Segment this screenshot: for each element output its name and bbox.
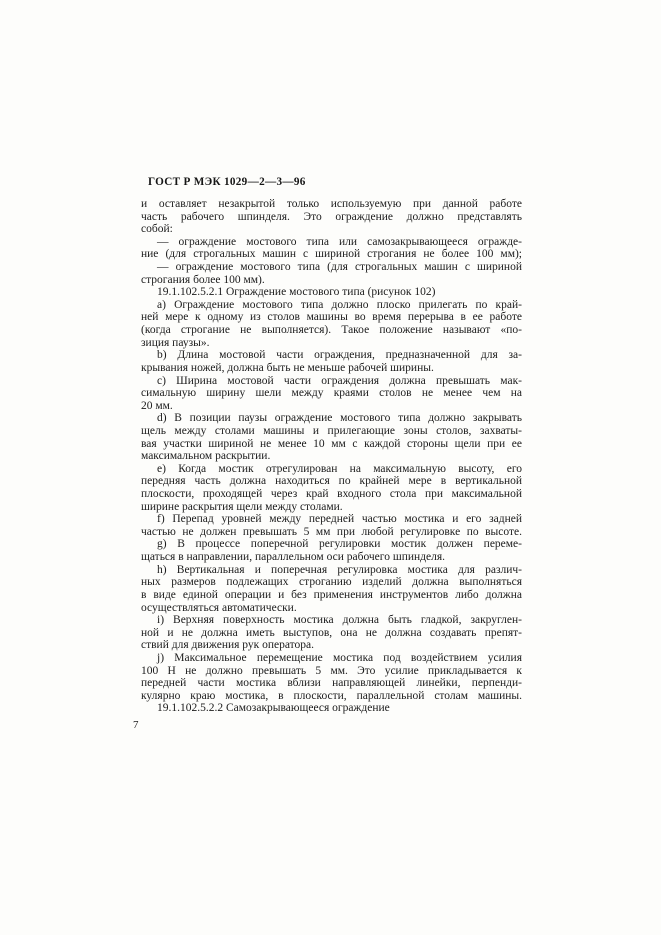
text-line: зиция паузы». bbox=[141, 337, 522, 350]
text-line: щаться в направлении, параллельном оси р… bbox=[141, 551, 522, 564]
text-line: ных размеров подлежащих строганию издели… bbox=[141, 576, 522, 589]
text-line: ной и не должна иметь выступов, она не д… bbox=[141, 627, 522, 640]
text-line: осуществляться автоматически. bbox=[141, 602, 522, 615]
text-line: c) Ширина мостовой части ограждения долж… bbox=[141, 375, 522, 388]
text-line: 20 мм. bbox=[141, 400, 522, 413]
text-line: плоскости, проходящей через край входног… bbox=[141, 488, 522, 501]
text-line: i) Верхняя поверхность мостика должна бы… bbox=[141, 614, 522, 627]
text-line: вая участки шириной не менее 10 мм с каж… bbox=[141, 438, 522, 451]
text-line: в виде единой операции и без применения … bbox=[141, 589, 522, 602]
text-line: j) Максимальное перемещение мостика под … bbox=[141, 652, 522, 665]
text-line: щель между столами машины и прилегающие … bbox=[141, 425, 522, 438]
text-line: 19.1.102.5.2.1 Ограждение мостового типа… bbox=[141, 286, 522, 299]
text-line: частью не должен превышать 5 мм при любо… bbox=[141, 526, 522, 539]
document-page: ГОСТ Р МЭК 1029—2—3—96 и оставляет незак… bbox=[0, 0, 661, 935]
document-standard-header: ГОСТ Р МЭК 1029—2—3—96 bbox=[148, 176, 306, 188]
page-number: 7 bbox=[133, 719, 139, 731]
text-line: — ограждение мостового типа или самозакр… bbox=[141, 236, 522, 249]
text-line: и оставляет незакрытой только используем… bbox=[141, 198, 522, 211]
text-line: симальную ширину шели между краями столо… bbox=[141, 387, 522, 400]
text-line: максимальном раскрытии. bbox=[141, 450, 522, 463]
text-line: — ограждение мостового типа (для строгал… bbox=[141, 261, 522, 274]
text-line: ширине раскрытия щели между столами. bbox=[141, 501, 522, 514]
text-line: кулярно краю мостика, в плоскости, парал… bbox=[141, 690, 522, 703]
text-line: крывания ножей, должна быть не меньше ра… bbox=[141, 362, 522, 375]
text-line: 100 Н не должно превышать 5 мм. Это усил… bbox=[141, 665, 522, 678]
text-line: часть рабочего шпинделя. Это ограждение … bbox=[141, 211, 522, 224]
text-line: ствий для движения рук оператора. bbox=[141, 639, 522, 652]
text-line: ние (для строгальных машин с шириной стр… bbox=[141, 248, 522, 261]
text-line: d) В позиции паузы ограждение мостового … bbox=[141, 412, 522, 425]
text-line: передней части мостика вблизи направляющ… bbox=[141, 677, 522, 690]
text-line: g) В процессе поперечной регулировки мос… bbox=[141, 538, 522, 551]
text-line: e) Когда мостик отрегулирован на максима… bbox=[141, 463, 522, 476]
text-line: 19.1.102.5.2.2 Самозакрывающееся огражде… bbox=[141, 702, 522, 715]
text-line: передняя часть должна находиться по край… bbox=[141, 475, 522, 488]
text-line: b) Длина мостовой части ограждения, пред… bbox=[141, 349, 522, 362]
text-line: ней мере к одному из столов машины во вр… bbox=[141, 311, 522, 324]
text-line: a) Ограждение мостового типа должно плос… bbox=[141, 299, 522, 312]
text-line: (когда строгание не выполняется). Такое … bbox=[141, 324, 522, 337]
text-line: h) Вертикальная и поперечная регулировка… bbox=[141, 564, 522, 577]
text-line: f) Перепад уровней между передней частью… bbox=[141, 513, 522, 526]
text-line: собой: bbox=[141, 223, 522, 236]
page-body-text: и оставляет незакрытой только используем… bbox=[141, 198, 522, 715]
text-line: строгания более 100 мм). bbox=[141, 274, 522, 287]
